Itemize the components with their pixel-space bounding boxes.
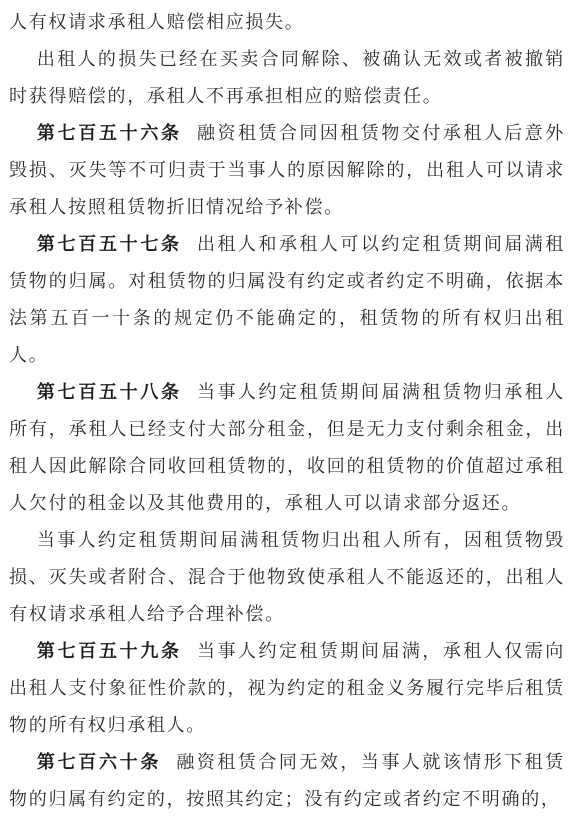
article-number: 第七百五十九条 (37, 641, 182, 661)
paragraph-list: 人有权请求承租人赔偿相应损失。出租人的损失已经在买卖合同解除、被确认无效或者被撤… (9, 4, 565, 818)
paragraph-text: 人有权请求承租人赔偿相应损失。 (9, 12, 305, 32)
paragraph-text: 当事人约定租赁期间届满租赁物归出租人所有，因租赁物毁损、灭失或者附合、混合于他物… (9, 530, 565, 624)
body-paragraph: 出租人的损失已经在买卖合同解除、被确认无效或者被撤销时获得赔偿的，承租人不再承担… (9, 41, 565, 115)
article-paragraph: 第七百六十条融资租赁合同无效，当事人就该情形下租赁物的归属有约定的，按照其约定；… (9, 744, 565, 818)
article-paragraph: 第七百五十八条当事人约定租赁期间届满租赁物归承租人所有，承租人已经支付大部分租金… (9, 374, 565, 522)
article-number: 第七百五十六条 (37, 123, 182, 143)
article-number: 第七百五十八条 (37, 382, 182, 402)
article-paragraph: 第七百五十九条当事人约定租赁期间届满，承租人仅需向出租人支付象征性价款的，视为约… (9, 633, 565, 744)
article-number: 第七百六十条 (37, 752, 161, 772)
article-number: 第七百五十七条 (37, 234, 182, 254)
paragraph-text: 出租人的损失已经在买卖合同解除、被确认无效或者被撤销时获得赔偿的，承租人不再承担… (9, 49, 565, 106)
document-page: 人有权请求承租人赔偿相应损失。出租人的损失已经在买卖合同解除、被确认无效或者被撤… (0, 0, 578, 818)
body-paragraph: 当事人约定租赁期间届满租赁物归出租人所有，因租赁物毁损、灭失或者附合、混合于他物… (9, 522, 565, 633)
article-paragraph: 第七百五十七条出租人和承租人可以约定租赁期间届满租赁物的归属。对租赁物的归属没有… (9, 226, 565, 374)
article-paragraph: 第七百五十六条融资租赁合同因租赁物交付承租人后意外毁损、灭失等不可归责于当事人的… (9, 115, 565, 226)
continuation-paragraph: 人有权请求承租人赔偿相应损失。 (9, 4, 565, 41)
